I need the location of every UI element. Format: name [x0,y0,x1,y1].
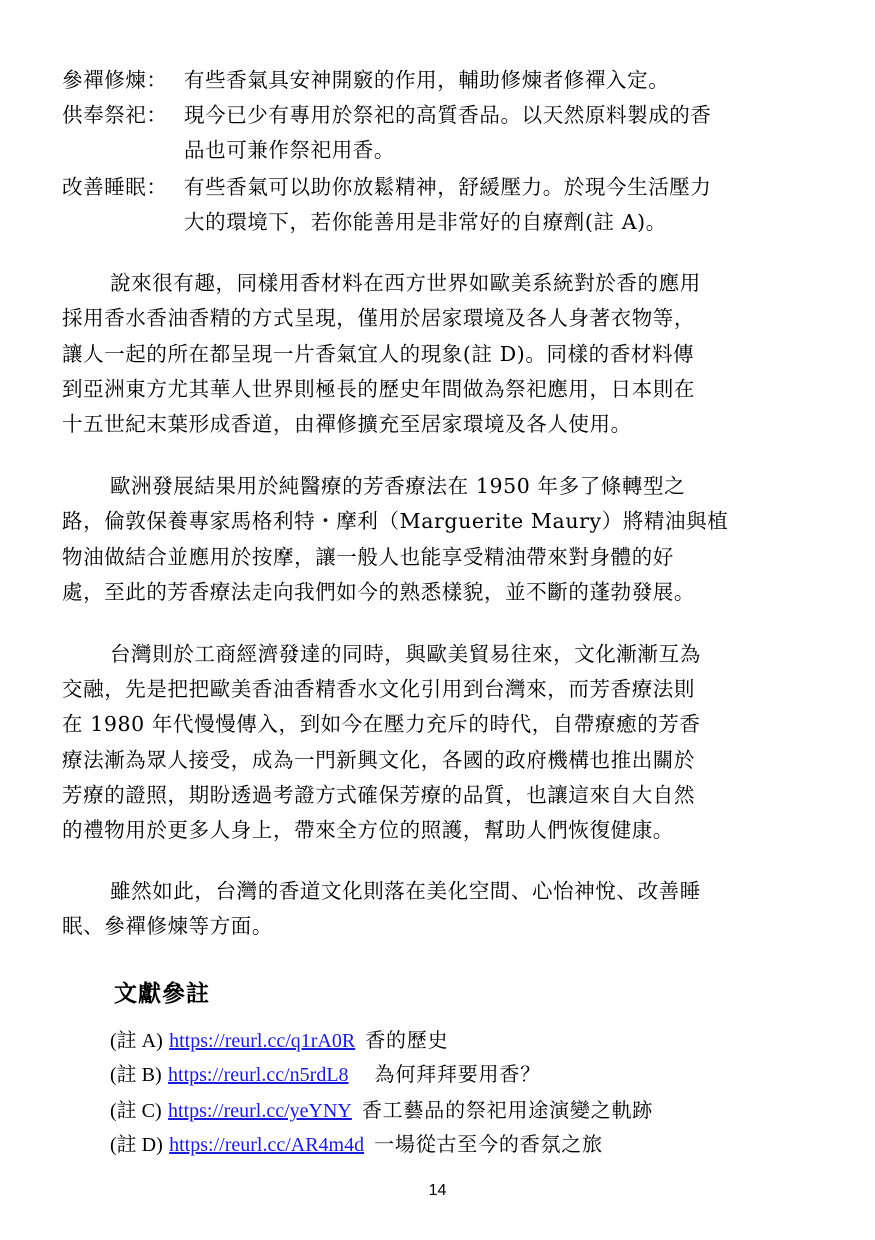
definition-text-continued: 品也可兼作祭祀用香。 [184,132,875,168]
paragraph-line: 處，至此的芳香療法走向我們如今的熟悉樣貌，並不斷的蓬勃發展。 [62,574,812,610]
paragraph-line: 十五世紀末葉形成香道，由禪修擴充至居家環境及各人使用。 [62,406,812,442]
reference-tag: (註 D) [110,1134,163,1156]
paragraph-line: 交融，先是把把歐美香油香精香水文化引用到台灣來，而芳香療法則 [62,671,812,707]
reference-description: 香工藝品的祭祀用途演變之軌跡 [362,1098,653,1122]
paragraph-line: 歐洲發展結果用於純醫療的芳香療法在 1950 年多了條轉型之 [110,468,860,504]
paragraph-line: 眠、參禪修煉等方面。 [62,908,812,944]
definition-text: 有些香氣具安神開竅的作用，輔助修煉者修禪入定。 [184,62,669,98]
reference-link[interactable]: https://reurl.cc/AR4m4d [169,1134,364,1156]
paragraph-line: 台灣則於工商經濟發達的同時，與歐美貿易往來，文化漸漸互為 [110,636,860,672]
references-heading: 文獻參註 [114,975,210,1008]
paragraph-line: 到亞洲東方尤其華人世界則極長的歷史年間做為祭祀應用，日本則在 [62,371,812,407]
reference-link[interactable]: https://reurl.cc/yeYNY [168,1100,352,1122]
definition-worship: 供奉祭祀：現今已少有專用於祭祀的高質香品。以天然原料製成的香 [62,97,822,133]
reference-description: 一場從古至今的香氛之旅 [374,1132,603,1156]
reference-item: (註 A) https://reurl.cc/q1rA0R香的歷史 [110,1023,448,1058]
definition-sleep: 改善睡眠：有些香氣可以助你放鬆精神，舒緩壓力。於現今生活壓力 [62,169,822,205]
paragraph-line: 說來很有趣，同樣用香材料在西方世界如歐美系統對於香的應用 [110,265,860,301]
reference-item: (註 D) https://reurl.cc/AR4m4d一場從古至今的香氛之旅 [110,1127,603,1162]
reference-link[interactable]: https://reurl.cc/n5rdL8 [168,1064,349,1086]
definition-meditation: 參禪修煉：有些香氣具安神開竅的作用，輔助修煉者修禪入定。 [62,62,822,98]
page-number: 14 [0,1182,875,1200]
reference-item: (註 B) https://reurl.cc/n5rdL8為何拜拜要用香？ [110,1057,541,1092]
reference-tag: (註 C) [110,1100,162,1122]
paragraph-line: 療法漸為眾人接受，成為一門新興文化，各國的政府機構也推出關於 [62,742,812,778]
document-page: 參禪修煉：有些香氣具安神開竅的作用，輔助修煉者修禪入定。 供奉祭祀：現今已少有專… [0,0,875,1240]
paragraph-line: 採用香水香油香精的方式呈現，僅用於居家環境及各人身著衣物等， [62,300,812,336]
reference-description: 為何拜拜要用香？ [375,1062,541,1086]
definition-term: 供奉祭祀： [62,97,184,133]
paragraph-line: 雖然如此，台灣的香道文化則落在美化空間、心怡神悅、改善睡 [110,873,860,909]
reference-item: (註 C) https://reurl.cc/yeYNY香工藝品的祭祀用途演變之… [110,1093,653,1128]
paragraph-line: 物油做結合並應用於按摩，讓一般人也能享受精油帶來對身體的好 [62,539,812,575]
definition-term: 參禪修煉： [62,62,184,98]
definition-term: 改善睡眠： [62,169,184,205]
definition-text: 現今已少有專用於祭祀的高質香品。以天然原料製成的香 [184,97,712,133]
paragraph-line: 在 1980 年代慢慢傳入，到如今在壓力充斥的時代，自帶療癒的芳香 [62,706,812,742]
paragraph-line: 讓人一起的所在都呈現一片香氣宜人的現象(註 D)。同樣的香材料傳 [62,336,812,372]
reference-description: 香的歷史 [365,1028,448,1052]
reference-tag: (註 B) [110,1064,162,1086]
reference-link[interactable]: https://reurl.cc/q1rA0R [169,1030,355,1052]
definition-text-continued: 大的環境下，若你能善用是非常好的自療劑(註 A)。 [184,204,875,240]
paragraph-line: 路，倫敦保養專家馬格利特・摩利（Marguerite Maury）將精油與植 [62,503,812,539]
reference-tag: (註 A) [110,1030,163,1052]
paragraph-line: 的禮物用於更多人身上，帶來全方位的照護，幫助人們恢復健康。 [62,812,812,848]
definition-text: 有些香氣可以助你放鬆精神，舒緩壓力。於現今生活壓力 [184,169,712,205]
paragraph-line: 芳療的證照，期盼透過考證方式確保芳療的品質，也讓這來自大自然 [62,777,812,813]
